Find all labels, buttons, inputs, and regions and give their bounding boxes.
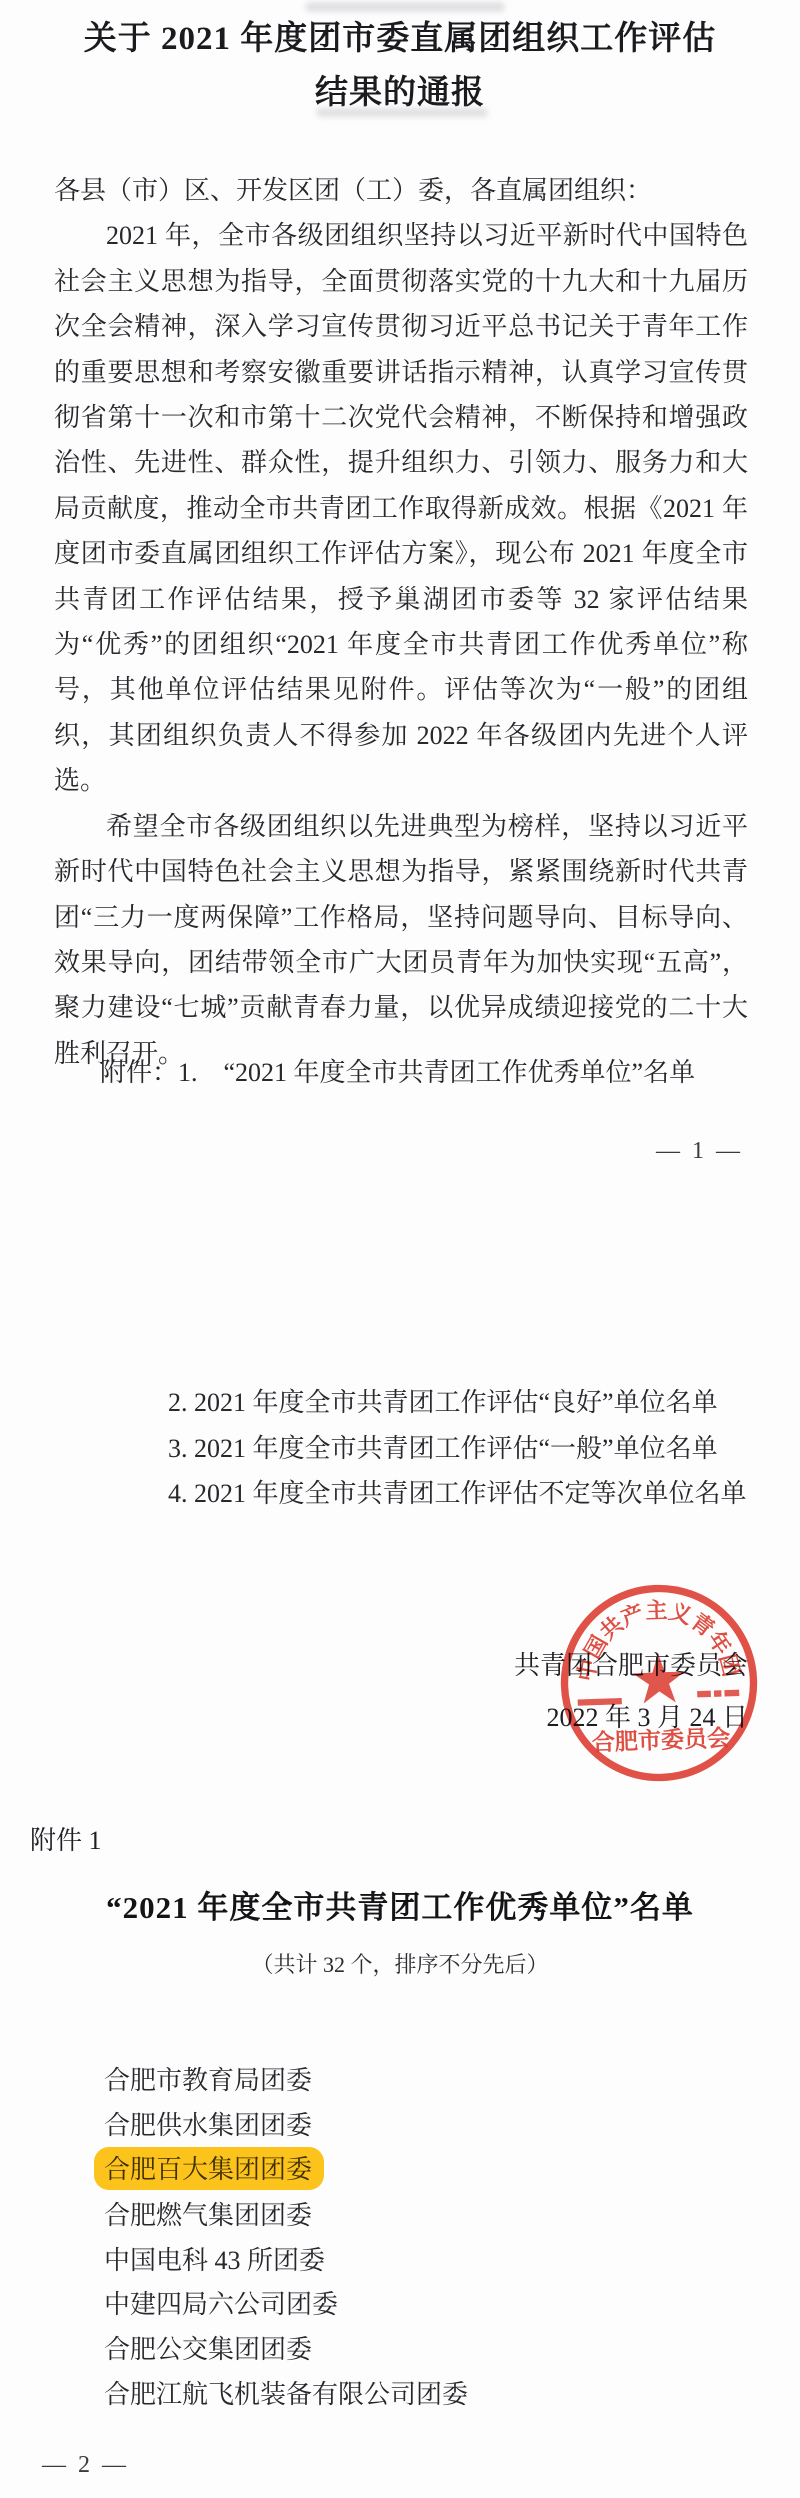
page-number-1: — 1 — (656, 1138, 743, 1165)
body-paragraph-1: 2021 年，全市各级团组织坚持以习近平新时代中国特色社会主义思想为指导，全面贯… (54, 213, 748, 803)
list-item: 合肥供水集团团委 (104, 2101, 468, 2146)
excellent-units-list: 合肥市教育局团委 合肥供水集团团委 合肥百大集团团委 合肥燃气集团团委 中国电科… (104, 2056, 468, 2415)
seal-right-dash (724, 1690, 739, 1697)
seal-right-dash (697, 1691, 711, 1698)
scan-artifact (305, 2, 505, 12)
unit-name: 合肥公交集团团委 (104, 2329, 312, 2366)
seal-star-icon (632, 1653, 686, 1704)
document-body: 各县（市）区、开发区团（工）委，各直属团组织： 2021 年，全市各级团组织坚持… (54, 168, 748, 1076)
annex-label: 附件 1 (30, 1820, 102, 1857)
annex-subtitle: （共计 32 个，排序不分先后） (0, 1948, 800, 1979)
attachment-entry-3: 3. 2021 年度全市共青团工作评估“一般”单位名单 (168, 1426, 747, 1472)
unit-name: 合肥江航飞机装备有限公司团委 (104, 2374, 468, 2411)
attachment-label: 附件： (100, 1058, 178, 1087)
list-item: 合肥公交集团团委 (104, 2325, 468, 2370)
list-item: 合肥燃气集团团委 (104, 2191, 468, 2236)
document-title: 关于 2021 年度团市委直属团组织工作评估 结果的通报 (30, 12, 770, 120)
unit-name: 合肥供水集团团委 (104, 2105, 312, 2142)
list-item: 合肥江航飞机装备有限公司团委 (104, 2370, 468, 2415)
list-item: 中国电科 43 所团委 (104, 2236, 468, 2281)
body-paragraph-2: 希望全市各级团组织以先进典型为榜样，坚持以习近平新时代中国特色社会主义思想为指导… (54, 804, 748, 1076)
recipient-line: 各县（市）区、开发区团（工）委，各直属团组织： (54, 168, 748, 213)
unit-name: 中国电科 43 所团委 (104, 2240, 325, 2277)
official-red-seal: 中国共产主义青年团 合肥市委员会 (550, 1574, 767, 1791)
attachment-list-continued: 2. 2021 年度全市共青团工作评估“良好”单位名单 3. 2021 年度全市… (168, 1380, 747, 1517)
unit-name: 合肥燃气集团团委 (104, 2195, 312, 2232)
list-item-highlighted: 合肥百大集团团委 (104, 2146, 468, 2191)
attachment-entry-2: 2. 2021 年度全市共青团工作评估“良好”单位名单 (168, 1380, 747, 1426)
document-page: 关于 2021 年度团市委直属团组织工作评估 结果的通报 各县（市）区、开发区团… (0, 0, 800, 2498)
annex-title: “2021 年度全市共青团工作优秀单位”名单 (0, 1882, 800, 1927)
document-title-line1: 关于 2021 年度团市委直属团组织工作评估 (30, 12, 770, 66)
scan-artifact (316, 108, 488, 117)
page-number-2: — 2 — (42, 2452, 129, 2479)
attachment-entry-4: 4. 2021 年度全市共青团工作评估不定等次单位名单 (168, 1471, 747, 1517)
attachment-entry-1: 1. “2021 年度全市共青团工作优秀单位”名单 (178, 1058, 695, 1087)
seal-banner-text: 合肥市委员会 (591, 1725, 730, 1756)
unit-name: 中建四局六公司团委 (104, 2284, 338, 2321)
seal-left-bar (578, 1698, 622, 1706)
list-item: 中建四局六公司团委 (104, 2280, 468, 2325)
unit-name-highlighted: 合肥百大集团团委 (94, 2147, 324, 2190)
unit-name: 合肥市教育局团委 (104, 2060, 312, 2097)
attachment-line: 附件：1. “2021 年度全市共青团工作优秀单位”名单 (100, 1052, 695, 1089)
seal-right-dash (714, 1690, 722, 1697)
list-item: 合肥市教育局团委 (104, 2056, 468, 2101)
